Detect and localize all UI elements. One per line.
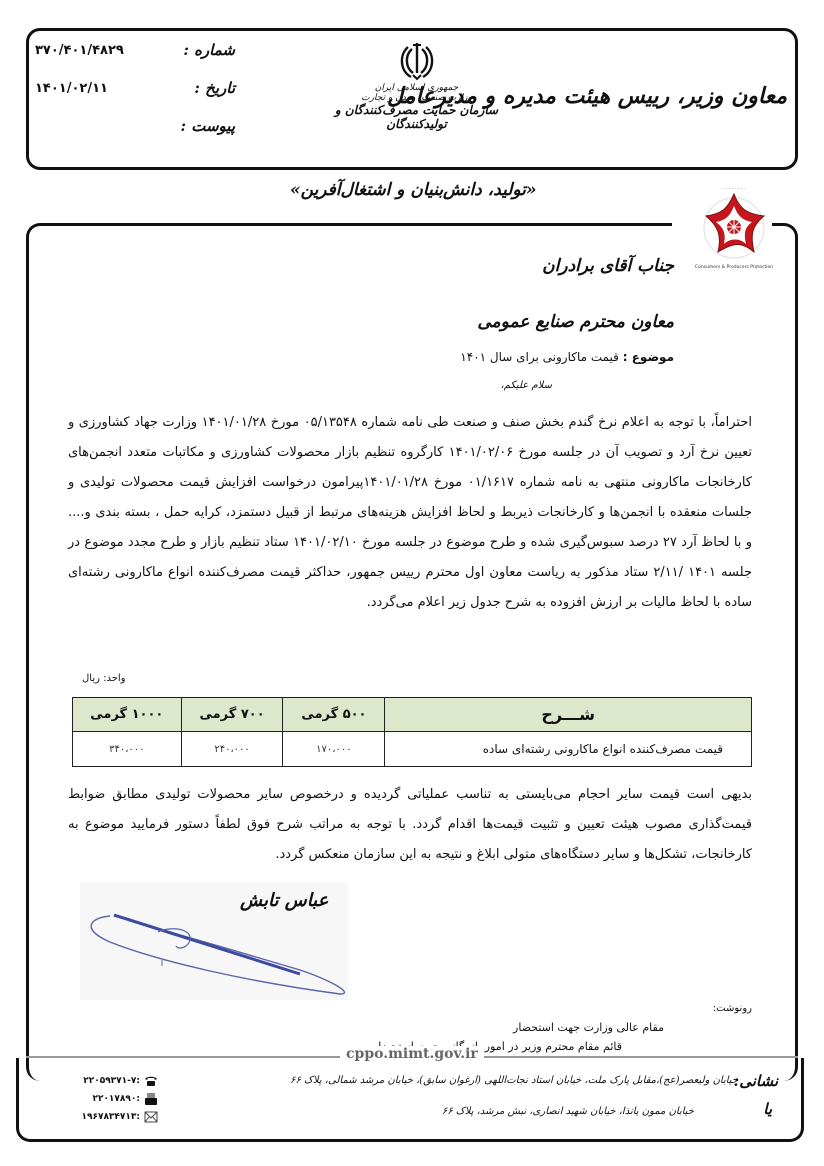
address-label: نشانی: [734,1072,778,1090]
signer-name: عباس تابش [240,890,328,911]
address-line-2: خیابان ممون یانذا، خیابان شهید انصاری، ن… [442,1106,694,1117]
unit-label: واحد: ریال [82,673,126,684]
letterhead-header: معاون وزیر، رییس هیئت مدیره و مدیرعامل ج… [26,28,798,170]
attachment-label: پیوست : [180,117,235,135]
phone-icon [144,1075,158,1087]
cell-price-500g: ۱۷۰،۰۰۰ [283,732,385,767]
addressee-name: جناب آقای برادران [542,256,674,276]
contact-phone: ۲۲۰۵۹۳۷۱-۷: [48,1072,158,1090]
republic-name: جمهوری اسلامی ایران [329,83,504,93]
price-table: شـــرح ۵۰۰ گرمی ۷۰۰ گرمی ۱۰۰۰ گرمی قیمت … [72,697,752,767]
contact-block: ۲۲۰۵۹۳۷۱-۷: ۲۲۰۱۷۸۹۰: ۱۹۶۷۸۳۴۷۱۳: [48,1072,158,1126]
subject-line: موضوع : قیمت ماکارونی برای سال ۱۴۰۱ [460,350,674,364]
cc-item: مقام عالی وزارت جهت استحضار [513,1021,664,1034]
cell-price-1000g: ۳۴۰،۰۰۰ [73,732,182,767]
iran-emblem-icon [399,39,435,81]
date-value: ۱۴۰۱/۰۲/۱۱ [35,81,108,96]
svg-text:Consumers & Producers Protecti: Consumers & Producers Protection [695,264,773,270]
address-line-1: خیابان ولیعصر(عج)،مقابل پارک ملت، خیابان… [290,1075,738,1086]
subject-label: موضوع : [623,350,674,364]
cppo-logo-icon: · · · · · · · · Consumers & Producers Pr… [688,180,780,272]
ministry-emblem-block: جمهوری اسلامی ایران وزارت صنعت، معدن و ت… [329,39,504,131]
table-row: قیمت مصرف‌کننده انواع ماکارونی رشته‌ای س… [73,732,752,767]
number-label: شماره : [183,41,235,59]
contact-fax: ۲۲۰۱۷۸۹۰: [48,1090,158,1108]
column-header-700g: ۷۰۰ گرمی [181,698,283,732]
letter-meta: شماره : ۳۷۰/۴۰۱/۴۸۲۹ تاریخ : ۱۴۰۱/۰۲/۱۱ … [33,37,253,151]
meta-date-row: تاریخ : ۱۴۰۱/۰۲/۱۱ [33,75,253,113]
addressee-title: معاون محترم صنایع عمومی [477,312,674,332]
body-paragraph-2: بدیهی است قیمت سایر احجام می‌بایستی به ت… [68,780,752,870]
address-or-label: یا [763,1100,772,1118]
greeting: سلام علیکم، [501,380,552,391]
meta-attachment-row: پیوست : [33,113,253,151]
cc-title: رونوشت: [713,1003,752,1014]
column-header-description: شـــرح [385,698,752,732]
po-box-number: ۱۹۶۷۸۳۴۷۱۳: [81,1112,140,1122]
column-header-1000g: ۱۰۰۰ گرمی [73,698,182,732]
organization-name: سازمان حمایت مصرف‌کنندگان و تولیدکنندگان [329,103,504,131]
cell-price-700g: ۲۴۰،۰۰۰ [181,732,283,767]
number-value: ۳۷۰/۴۰۱/۴۸۲۹ [35,43,124,58]
fax-number: ۲۲۰۱۷۸۹۰: [92,1094,140,1104]
fax-icon [144,1093,158,1105]
phone-number: ۲۲۰۵۹۳۷۱-۷: [83,1076,140,1086]
column-header-500g: ۵۰۰ گرمی [283,698,385,732]
table-header-row: شـــرح ۵۰۰ گرمی ۷۰۰ گرمی ۱۰۰۰ گرمی [73,698,752,732]
subject-value: قیمت ماکارونی برای سال ۱۴۰۱ [460,350,619,364]
signature-block: عباس تابش [80,882,348,1000]
meta-number-row: شماره : ۳۷۰/۴۰۱/۴۸۲۹ [33,37,253,75]
cell-description: قیمت مصرف‌کننده انواع ماکارونی رشته‌ای س… [385,732,752,767]
svg-text:· · · · · · · ·: · · · · · · · · [722,186,746,192]
ministry-name: وزارت صنعت، معدن و تجارت [329,93,504,103]
date-label: تاریخ : [194,79,235,97]
mail-icon [144,1111,158,1123]
slogan: «تولید، دانش‌بنیان و اشتغال‌آفرین» [290,180,537,200]
contact-mail: ۱۹۶۷۸۳۴۷۱۳: [48,1108,158,1126]
body-paragraph-1: احتراماً، با توجه به اعلام نرخ گندم بخش … [68,408,752,618]
